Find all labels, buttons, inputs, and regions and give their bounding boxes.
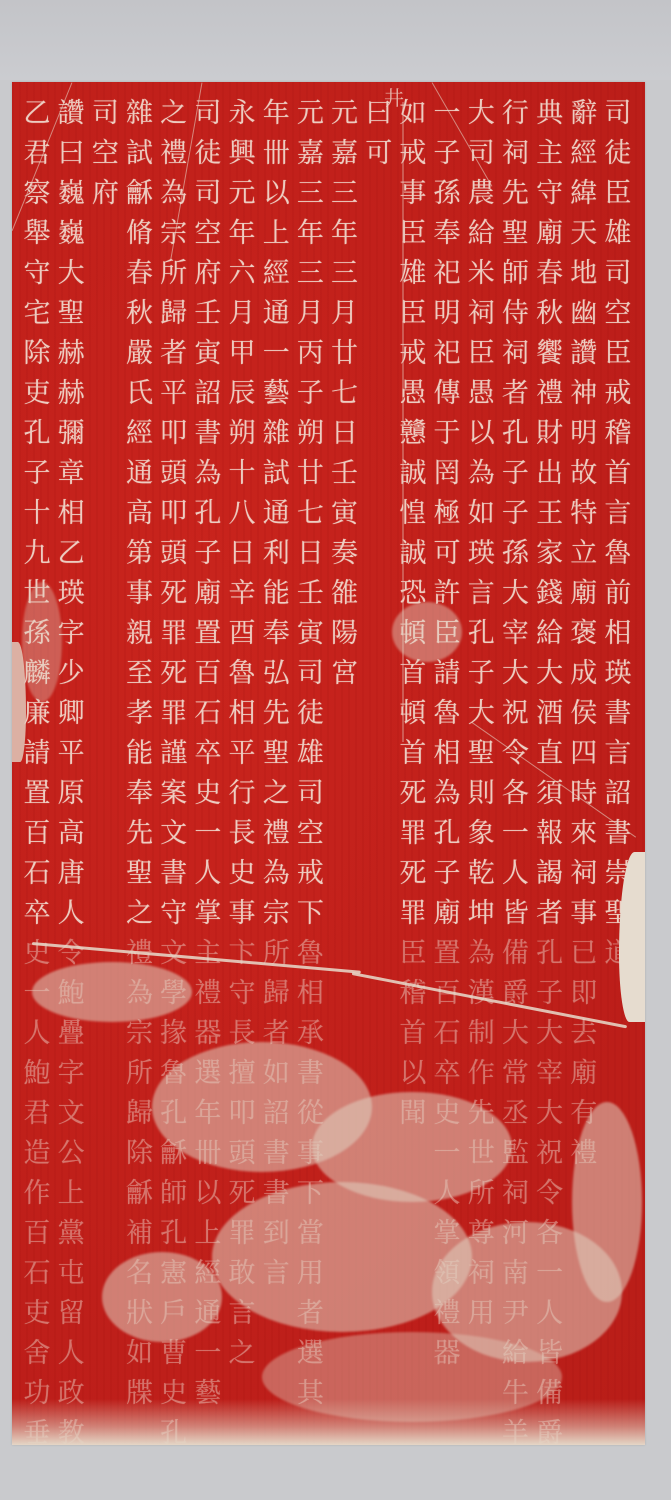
inscription-character: 府: [194, 254, 221, 294]
paper-worn-bottom: [12, 1399, 645, 1445]
erosion-patch: [102, 1252, 222, 1342]
inscription-character: 宰: [536, 1054, 563, 1094]
inscription-character: 常: [502, 1054, 529, 1094]
inscription-character: 讚: [58, 94, 85, 134]
inscription-character: 為: [468, 454, 495, 494]
inscription-column: 雜試龢脩春秋嚴氏經通高第事親至孝能奉先聖之禮為宗所歸除龢補名狀如牒: [122, 94, 156, 1445]
inscription-character: 之: [229, 1334, 256, 1374]
inscription-character: 三: [331, 254, 358, 294]
inscription-character: 四: [570, 734, 597, 774]
inscription-character: 壬: [331, 454, 358, 494]
inscription-character: 相: [58, 494, 85, 534]
inscription-character: 空: [194, 214, 221, 254]
inscription-character: 補: [126, 1214, 153, 1254]
erosion-patch: [212, 1182, 472, 1332]
inscription-character: 君: [23, 1094, 50, 1134]
inscription-character: 地: [570, 254, 597, 294]
inscription-character: 少: [58, 654, 85, 694]
inscription-character: 孫: [434, 174, 461, 214]
inscription-character: 皆: [502, 894, 529, 934]
inscription-character: 禮: [263, 814, 290, 854]
inscription-character: 大: [502, 574, 529, 614]
inscription-character: 者: [502, 374, 529, 414]
inscription-character: 卿: [58, 694, 85, 734]
inscription-character: 相: [297, 974, 324, 1014]
inscription-character: 公: [58, 1134, 85, 1174]
inscription-column: 讚曰巍巍大聖赫赫彌章相乙瑛字少卿平原高唐人令鮑疊字文公上黨屯留人政教: [54, 94, 88, 1445]
inscription-character: 祠: [570, 854, 597, 894]
inscription-character: 七: [331, 374, 358, 414]
inscription-character: 之: [263, 774, 290, 814]
inscription-character: 年: [263, 94, 290, 134]
inscription-character: 來: [570, 814, 597, 854]
inscription-character: 乙: [58, 534, 85, 574]
inscription-column: 之禮為宗所歸者平叩頭叩頭死罪死罪謹案文書守文學掾魯孔龢師孔憲戶曹史孔: [157, 94, 191, 1445]
inscription-character: 農: [468, 174, 495, 214]
inscription-character: 禮: [160, 134, 187, 174]
inscription-character: 極: [434, 494, 461, 534]
inscription-character: 留: [58, 1294, 85, 1334]
inscription-character: 魯: [604, 534, 631, 574]
inscription-character: 龢: [126, 1174, 153, 1214]
inscription-character: 以: [263, 174, 290, 214]
inscription-character: 財: [536, 414, 563, 454]
inscription-character: 祝: [536, 1134, 563, 1174]
inscription-character: 文: [58, 1094, 85, 1134]
inscription-character: 司: [297, 654, 324, 694]
inscription-character: 曰: [58, 134, 85, 174]
inscription-character: 言: [468, 574, 495, 614]
inscription-character: 臣: [468, 334, 495, 374]
inscription-character: 師: [502, 254, 529, 294]
inscription-character: 所: [126, 1054, 153, 1094]
inscription-character: 祠: [502, 334, 529, 374]
inscription-character: 為: [263, 854, 290, 894]
inscription-character: 一: [434, 94, 461, 134]
inscription-character: 嘉: [297, 134, 324, 174]
inscription-character: 月: [331, 294, 358, 334]
inscription-character: 者: [536, 894, 563, 934]
inscription-character: 置: [434, 934, 461, 974]
inscription-character: 象: [468, 814, 495, 854]
inscription-character: 子: [194, 534, 221, 574]
inscription-character: 直: [536, 734, 563, 774]
inscription-character: 祠: [502, 134, 529, 174]
inscription-character: 文: [160, 814, 187, 854]
inscription-character: 雄: [297, 734, 324, 774]
inscription-character: 廟: [536, 214, 563, 254]
inscription-character: 言: [604, 494, 631, 534]
inscription-character: 十: [229, 454, 256, 494]
inscription-character: 脩: [126, 214, 153, 254]
inscription-character: 禮: [194, 974, 221, 1014]
inscription-character: 百: [23, 1214, 50, 1254]
inscription-character: 年: [229, 214, 256, 254]
inscription-character: 聖: [263, 734, 290, 774]
mount-border-top: [0, 0, 671, 80]
inscription-character: 雜: [263, 414, 290, 454]
inscription-character: 長: [229, 814, 256, 854]
inscription-character: 秋: [126, 294, 153, 334]
inscription-character: 掌: [194, 894, 221, 934]
inscription-character: 徒: [194, 134, 221, 174]
inscription-character: 廟: [570, 1054, 597, 1094]
inscription-character: 典: [536, 94, 563, 134]
inscription-character: 寅: [331, 494, 358, 534]
inscription-character: 陽: [331, 614, 358, 654]
inscription-character: 宰: [502, 614, 529, 654]
inscription-character: 所: [160, 254, 187, 294]
inscription-character: 歸: [126, 1094, 153, 1134]
inscription-character: 通: [263, 494, 290, 534]
inscription-character: 章: [58, 454, 85, 494]
inscription-character: 乙: [23, 94, 50, 134]
inscription-character: 子: [468, 654, 495, 694]
inscription-character: 主: [536, 134, 563, 174]
inscription-character: 孔: [468, 614, 495, 654]
inscription-character: 頭: [160, 534, 187, 574]
inscription-character: 雄: [604, 214, 631, 254]
inscription-character: 酒: [536, 694, 563, 734]
inscription-character: 寅: [297, 614, 324, 654]
inscription-character: 魯: [229, 654, 256, 694]
inscription-character: 戒: [297, 854, 324, 894]
inscription-character: 如: [468, 494, 495, 534]
inscription-character: 褒: [570, 614, 597, 654]
inscription-character: 備: [502, 934, 529, 974]
inscription-character: 孔: [23, 414, 50, 454]
inscription-character: 各: [502, 774, 529, 814]
inscription-character: 唐: [58, 854, 85, 894]
inscription-character: 即: [570, 974, 597, 1014]
inscription-character: 石: [194, 694, 221, 734]
inscription-character: 年: [297, 214, 324, 254]
inscription-character: 書: [160, 854, 187, 894]
inscription-character: 明: [434, 294, 461, 334]
inscription-character: 日: [297, 534, 324, 574]
inscription-character: 人: [502, 854, 529, 894]
inscription-character: 雜: [126, 94, 153, 134]
inscription-character: 下: [297, 894, 324, 934]
inscription-character: 漢: [468, 974, 495, 1014]
inscription-character: 大: [536, 654, 563, 694]
inscription-character: 司: [92, 94, 119, 134]
inscription-character: 字: [58, 1054, 85, 1094]
inscription-character: 彌: [58, 414, 85, 454]
inscription-character: 人: [58, 894, 85, 934]
inscription-character: 空: [92, 134, 119, 174]
inscription-character: 罪: [160, 694, 187, 734]
inscription-character: 首: [399, 1014, 426, 1054]
inscription-character: 為: [434, 774, 461, 814]
inscription-character: 聖: [468, 734, 495, 774]
inscription-character: 空: [604, 294, 631, 334]
inscription-character: 孔: [502, 414, 529, 454]
inscription-character: 六: [229, 254, 256, 294]
inscription-character: 祀: [434, 334, 461, 374]
inscription-character: 百: [194, 654, 221, 694]
inscription-character: 利: [263, 534, 290, 574]
inscription-character: 制: [468, 1014, 495, 1054]
inscription-character: 聖: [126, 854, 153, 894]
inscription-character: 上: [263, 214, 290, 254]
inscription-character: 辛: [229, 574, 256, 614]
inscription-character: 疊: [58, 1014, 85, 1054]
inscription-character: 試: [126, 134, 153, 174]
inscription-character: 春: [536, 254, 563, 294]
inscription-character: 已: [570, 934, 597, 974]
inscription-character: 成: [570, 654, 597, 694]
inscription-character: 案: [160, 774, 187, 814]
inscription-character: 讚: [570, 334, 597, 374]
inscription-character: 春: [126, 254, 153, 294]
inscription-character: 于: [434, 414, 461, 454]
inscription-character: 先: [263, 694, 290, 734]
inscription-character: 十: [23, 494, 50, 534]
inscription-character: 為: [194, 454, 221, 494]
inscription-character: 首: [604, 454, 631, 494]
inscription-character: 能: [126, 734, 153, 774]
inscription-character: 府: [92, 174, 119, 214]
inscription-character: 平: [229, 734, 256, 774]
inscription-character: 百: [23, 814, 50, 854]
inscription-character: 氏: [126, 374, 153, 414]
inscription-character: 大: [502, 654, 529, 694]
inscription-character: 人: [58, 1334, 85, 1374]
inscription-column: 司空府: [88, 94, 122, 1445]
inscription-character: 聖: [502, 214, 529, 254]
stele-rubbing: 井 司徒臣雄司空臣戒稽首言魯前相瑛書言詔書崇聖道辭經緯天地幽讚神明故特立廟褒成侯…: [12, 82, 645, 1445]
inscription-character: 臣: [604, 334, 631, 374]
inscription-character: 黨: [58, 1214, 85, 1254]
inscription-character: 除: [23, 334, 50, 374]
inscription-character: 興: [229, 134, 256, 174]
inscription-character: 嘉: [331, 134, 358, 174]
inscription-character: 奉: [126, 774, 153, 814]
inscription-character: 稽: [399, 974, 426, 1014]
inscription-character: 原: [58, 774, 85, 814]
inscription-character: 守: [536, 174, 563, 214]
inscription-character: 緯: [570, 174, 597, 214]
inscription-character: 卒: [23, 894, 50, 934]
inscription-character: 日: [331, 414, 358, 454]
inscription-character: 一: [194, 814, 221, 854]
inscription-character: 報: [536, 814, 563, 854]
inscription-character: 司: [194, 174, 221, 214]
inscription-character: 明: [570, 414, 597, 454]
inscription-character: 經: [126, 414, 153, 454]
inscription-character: 造: [23, 1134, 50, 1174]
inscription-character: 孔: [434, 814, 461, 854]
inscription-character: 頭: [160, 454, 187, 494]
inscription-character: 坤: [468, 894, 495, 934]
inscription-character: 前: [604, 574, 631, 614]
inscription-character: 相: [434, 734, 461, 774]
inscription-character: 壬: [297, 574, 324, 614]
inscription-character: 大: [502, 1014, 529, 1054]
inscription-character: 歸: [263, 974, 290, 1014]
inscription-character: 者: [160, 334, 187, 374]
inscription-character: 空: [297, 814, 324, 854]
inscription-column: 乙君察舉守宅除吏孔子十九世孫麟廉請置百石卒史一人鮑君造作百石吏舍功垂: [20, 94, 54, 1445]
inscription-character: 孔: [194, 494, 221, 534]
inscription-character: 事: [126, 574, 153, 614]
inscription-character: 臣: [604, 174, 631, 214]
inscription-character: 辰: [229, 374, 256, 414]
inscription-character: 瑛: [468, 534, 495, 574]
inscription-character: 死: [399, 854, 426, 894]
inscription-character: 廟: [434, 894, 461, 934]
inscription-character: 大: [536, 1014, 563, 1054]
inscription-character: 死: [160, 654, 187, 694]
inscription-character: 王: [536, 494, 563, 534]
inscription-character: 石: [23, 1254, 50, 1294]
inscription-character: 歸: [160, 294, 187, 334]
inscription-character: 甲: [229, 334, 256, 374]
inscription-character: 九: [23, 534, 50, 574]
inscription-character: 之: [160, 94, 187, 134]
inscription-character: 雒: [331, 574, 358, 614]
inscription-character: 謁: [536, 854, 563, 894]
inscription-character: 一: [263, 334, 290, 374]
inscription-character: 以: [468, 414, 495, 454]
inscription-character: 卞: [229, 934, 256, 974]
inscription-character: 子: [502, 454, 529, 494]
inscription-character: 至: [126, 654, 153, 694]
inscription-character: 巍: [58, 214, 85, 254]
inscription-character: 先: [502, 174, 529, 214]
inscription-character: 三: [297, 254, 324, 294]
inscription-character: 令: [536, 1174, 563, 1214]
inscription-character: 罪: [399, 894, 426, 934]
inscription-character: 師: [160, 1174, 187, 1214]
inscription-character: 書: [604, 694, 631, 734]
inscription-character: 子: [434, 134, 461, 174]
inscription-character: 宮: [331, 654, 358, 694]
inscription-character: 罪: [160, 614, 187, 654]
inscription-character: 米: [468, 254, 495, 294]
inscription-character: 丙: [297, 334, 324, 374]
inscription-character: 元: [229, 174, 256, 214]
inscription-character: 祠: [468, 294, 495, 334]
inscription-character: 禮: [536, 374, 563, 414]
inscription-character: 元: [331, 94, 358, 134]
inscription-character: 七: [297, 494, 324, 534]
inscription-character: 神: [570, 374, 597, 414]
inscription-character: 瑛: [604, 654, 631, 694]
inscription-character: 巍: [58, 174, 85, 214]
inscription-character: 史: [229, 854, 256, 894]
inscription-character: 卒: [194, 734, 221, 774]
inscription-character: 通: [263, 294, 290, 334]
inscription-character: 三: [297, 174, 324, 214]
inscription-character: 年: [331, 214, 358, 254]
inscription-character: 元: [297, 94, 324, 134]
inscription-character: 詔: [604, 774, 631, 814]
inscription-character: 守: [229, 974, 256, 1014]
inscription-character: 赫: [58, 374, 85, 414]
inscription-character: 鮑: [23, 1054, 50, 1094]
inscription-character: 經: [263, 254, 290, 294]
inscription-character: 立: [570, 534, 597, 574]
inscription-character: 吏: [23, 1294, 50, 1334]
inscription-character: 通: [126, 454, 153, 494]
inscription-character: 子: [297, 374, 324, 414]
inscription-character: 事: [570, 894, 597, 934]
inscription-character: 之: [126, 894, 153, 934]
inscription-character: 言: [604, 734, 631, 774]
inscription-character: 子: [502, 494, 529, 534]
inscription-character: 石: [434, 1014, 461, 1054]
inscription-character: 八: [229, 494, 256, 534]
inscription-character: 罔: [434, 454, 461, 494]
inscription-character: 作: [468, 1054, 495, 1094]
inscription-character: 則: [468, 774, 495, 814]
inscription-character: 日: [229, 534, 256, 574]
inscription-character: 第: [126, 534, 153, 574]
inscription-character: 故: [570, 454, 597, 494]
inscription-character: 大: [536, 1094, 563, 1134]
inscription-character: 子: [434, 854, 461, 894]
inscription-character: 宗: [263, 894, 290, 934]
inscription-character: 朔: [297, 414, 324, 454]
inscription-character: 永: [229, 94, 256, 134]
inscription-character: 辭: [570, 94, 597, 134]
inscription-character: 聖: [58, 294, 85, 334]
inscription-character: 石: [23, 854, 50, 894]
erosion-patch: [572, 1102, 642, 1302]
inscription-character: 書: [604, 814, 631, 854]
inscription-character: 書: [194, 414, 221, 454]
inscription-character: 壬: [194, 294, 221, 334]
inscription-character: 先: [126, 814, 153, 854]
inscription-character: 給: [468, 214, 495, 254]
inscription-character: 侍: [502, 294, 529, 334]
inscription-character: 掾: [160, 1014, 187, 1054]
inscription-character: 祝: [502, 694, 529, 734]
inscription-character: 酉: [229, 614, 256, 654]
inscription-character: 舉: [23, 214, 50, 254]
inscription-character: 三: [331, 174, 358, 214]
inscription-character: 祠: [502, 1174, 529, 1214]
inscription-character: 死: [160, 574, 187, 614]
inscription-character: 守: [23, 254, 50, 294]
inscription-character: 詔: [194, 374, 221, 414]
inscription-character: 罪: [399, 814, 426, 854]
inscription-character: 為: [468, 934, 495, 974]
inscription-character: 高: [58, 814, 85, 854]
inscription-character: 可: [434, 534, 461, 574]
inscription-character: 家: [536, 534, 563, 574]
inscription-character: 置: [23, 774, 50, 814]
inscription-character: 錢: [536, 574, 563, 614]
inscription-character: 行: [229, 774, 256, 814]
inscription-character: 以: [194, 1174, 221, 1214]
inscription-character: 以: [399, 1054, 426, 1094]
inscription-character: 能: [263, 574, 290, 614]
inscription-character: 吏: [23, 374, 50, 414]
inscription-character: 奏: [331, 534, 358, 574]
inscription-character: 事: [229, 894, 256, 934]
inscription-character: 謹: [160, 734, 187, 774]
inscription-character: 經: [570, 134, 597, 174]
inscription-character: 廟: [194, 574, 221, 614]
inscription-character: 魯: [434, 694, 461, 734]
inscription-character: 孫: [502, 534, 529, 574]
inscription-character: 為: [160, 174, 187, 214]
inscription-character: 廿: [297, 454, 324, 494]
inscription-character: 徒: [604, 134, 631, 174]
